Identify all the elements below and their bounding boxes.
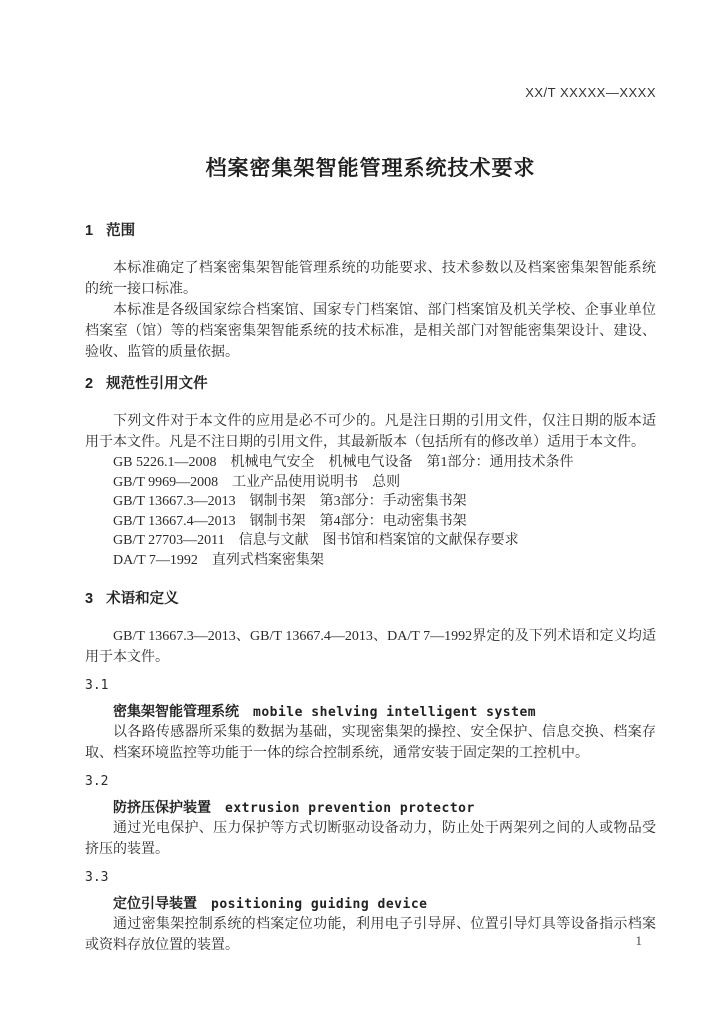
term-name: 定位引导装置positioning guiding device — [85, 894, 656, 914]
term-block: 3.1 密集架智能管理系统mobile shelving intelligent… — [85, 675, 656, 764]
section-terms-definitions: 3术语和定义 GB/T 13667.3—2013、GB/T 13667.4—20… — [85, 588, 656, 956]
standard-code: XX/T XXXXX—XXXX — [85, 0, 656, 100]
section-number: 1 — [85, 223, 93, 239]
reference-item: GB/T 27703—2011 信息与文献 图书馆和档案馆的文献保存要求 — [85, 531, 656, 551]
term-definition: 通过光电保护、压力保护等方式切断驱动设备动力，防止处于两架列之间的人或物品受挤压… — [85, 818, 656, 860]
reference-item: GB/T 13667.4—2013 钢制书架 第4部分：电动密集书架 — [85, 512, 656, 532]
section-title: 范围 — [106, 223, 135, 239]
term-name-en: extrusion prevention protector — [225, 801, 475, 816]
term-name-zh: 定位引导装置 — [113, 895, 197, 911]
reference-item: GB 5226.1—2008 机械电气安全 机械电气设备 第1部分：通用技术条件 — [85, 453, 656, 473]
term-name-zh: 密集架智能管理系统 — [113, 703, 239, 719]
term-block: 3.3 定位引导装置positioning guiding device 通过密… — [85, 867, 656, 956]
document-title: 档案密集架智能管理系统技术要求 — [85, 154, 656, 184]
section-number: 2 — [85, 376, 93, 392]
term-number: 3.1 — [85, 675, 656, 696]
term-name-en: positioning guiding device — [211, 897, 428, 912]
term-block: 3.2 防挤压保护装置extrusion prevention protecto… — [85, 771, 656, 860]
section-number: 3 — [85, 591, 93, 607]
paragraph: GB/T 13667.3—2013、GB/T 13667.4—2013、DA/T… — [85, 626, 656, 668]
reference-item: GB/T 13667.3—2013 钢制书架 第3部分：手动密集书架 — [85, 492, 656, 512]
section-3-heading: 3术语和定义 — [85, 588, 656, 610]
section-scope: 1范围 本标准确定了档案密集架智能管理系统的功能要求、技术参数以及档案密集架智能… — [85, 220, 656, 363]
paragraph: 下列文件对于本文件的应用是必不可少的。凡是注日期的引用文件，仅注日期的版本适用于… — [85, 411, 656, 453]
paragraph: 本标准是各级国家综合档案馆、国家专门档案馆、部门档案馆及机关学校、企事业单位档案… — [85, 300, 656, 363]
page-number: 1 — [636, 933, 643, 949]
section-2-heading: 2规范性引用文件 — [85, 373, 656, 395]
paragraph: 本标准确定了档案密集架智能管理系统的功能要求、技术参数以及档案密集架智能系统的统… — [85, 258, 656, 300]
reference-item: GB/T 9969—2008 工业产品使用说明书 总则 — [85, 473, 656, 493]
reference-item: DA/T 7—1992 直列式档案密集架 — [85, 551, 656, 571]
term-definition: 以各路传感器所采集的数据为基础，实现密集架的操控、安全保护、信息交换、档案存取、… — [85, 722, 656, 764]
term-name-en: mobile shelving intelligent system — [253, 705, 536, 720]
term-name: 密集架智能管理系统mobile shelving intelligent sys… — [85, 702, 656, 722]
document-page: XX/T XXXXX—XXXX 档案密集架智能管理系统技术要求 1范围 本标准确… — [0, 0, 720, 1019]
section-title: 规范性引用文件 — [106, 376, 208, 392]
term-number: 3.2 — [85, 771, 656, 792]
term-name: 防挤压保护装置extrusion prevention protector — [85, 798, 656, 818]
section-normative-references: 2规范性引用文件 下列文件对于本文件的应用是必不可少的。凡是注日期的引用文件，仅… — [85, 373, 656, 570]
section-1-heading: 1范围 — [85, 220, 656, 242]
section-title: 术语和定义 — [106, 591, 179, 607]
term-name-zh: 防挤压保护装置 — [113, 799, 211, 815]
term-definition: 通过密集架控制系统的档案定位功能，利用电子引导屏、位置引导灯具等设备指示档案或资… — [85, 914, 656, 956]
reference-list: GB 5226.1—2008 机械电气安全 机械电气设备 第1部分：通用技术条件… — [85, 453, 656, 570]
term-number: 3.3 — [85, 867, 656, 888]
